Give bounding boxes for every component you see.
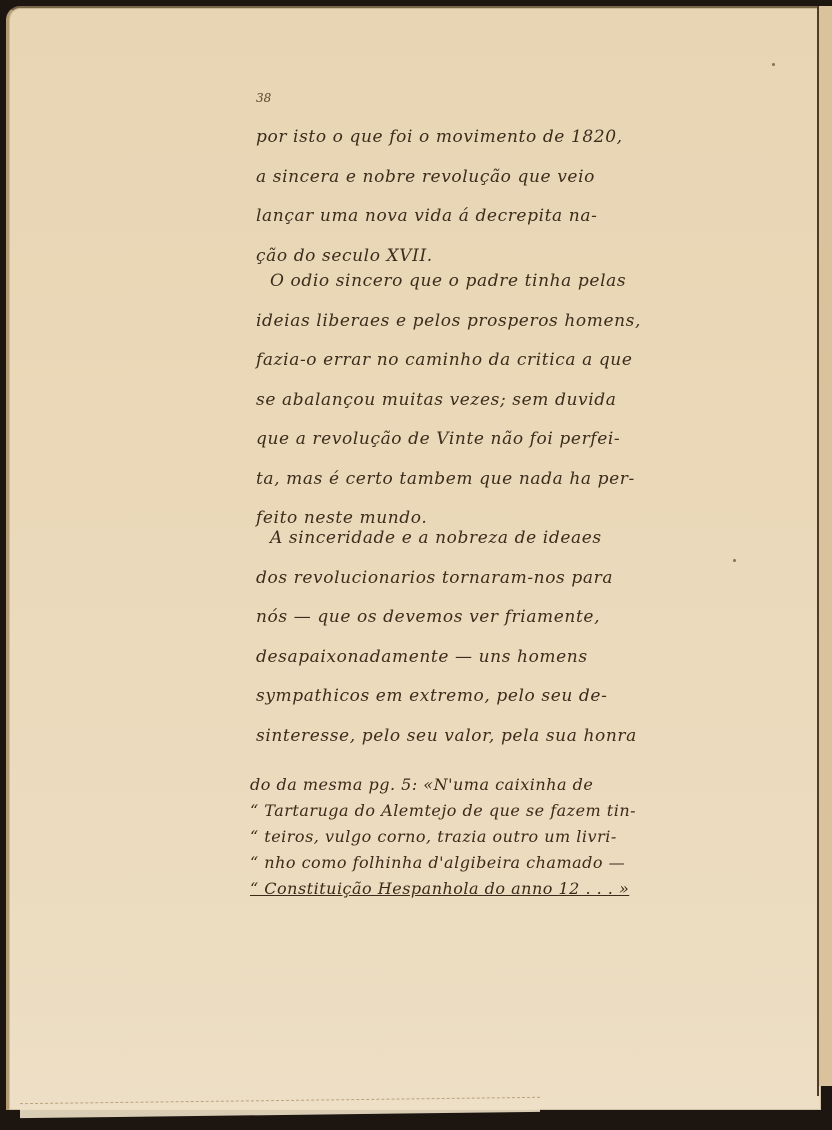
ink-speck: [733, 559, 736, 562]
text-line: sinteresse, pelo seu valor, pela sua hon…: [256, 717, 716, 757]
footnote-line: “ Tartaruga do Alemtejo de que se fazem …: [250, 798, 720, 824]
footnote-line: “ teiros, vulgo corno, trazia outro um l…: [250, 824, 720, 850]
text-line: ta, mas é certo tambem que nada ha per-: [256, 460, 716, 500]
text-line: a sincera e nobre revolução que veio: [256, 158, 716, 198]
paragraph-1: por isto o que foi o movimento de 1820, …: [256, 118, 716, 276]
footnote: do da mesma pg. 5: «N'uma caixinha de “ …: [250, 772, 720, 902]
text-line: O odio sincero que o padre tinha pelas: [256, 262, 716, 302]
paragraph-3: A sinceridade e a nobreza de ideaes dos …: [256, 519, 716, 756]
text-line: A sinceridade e a nobreza de ideaes: [256, 519, 716, 559]
ink-speck: [772, 63, 775, 66]
text-line: por isto o que foi o movimento de 1820,: [256, 118, 716, 158]
text-line: sympathicos em extremo, pelo seu de-: [256, 677, 716, 717]
text-line: fazia-o errar no caminho da critica a qu…: [256, 341, 716, 381]
text-line: que a revolução de Vinte não foi perfei-: [256, 420, 716, 460]
footnote-line: do da mesma pg. 5: «N'uma caixinha de: [250, 772, 720, 798]
text-line: se abalançou muitas vezes; sem duvida: [256, 381, 716, 421]
text-line: desapaixonadamente — uns homens: [256, 638, 716, 678]
paragraph-2: O odio sincero que o padre tinha pelas i…: [256, 262, 716, 539]
text-line: lançar uma nova vida á decrepita na-: [256, 197, 716, 237]
scanned-manuscript: 38 por isto o que foi o movimento de 182…: [0, 0, 832, 1130]
footnote-line: “ Constituição Hespanhola do anno 12 . .…: [250, 876, 720, 902]
adjacent-page-edge: [819, 6, 832, 1086]
footnote-line: “ nho como folhinha d'algibeira chamado …: [250, 850, 720, 876]
text-line: dos revolucionarios tornaram-nos para: [256, 559, 716, 599]
page-number: 38: [256, 91, 271, 105]
text-line: ideias liberaes e pelos prosperos homens…: [256, 302, 716, 342]
text-line: nós — que os devemos ver friamente,: [256, 598, 716, 638]
